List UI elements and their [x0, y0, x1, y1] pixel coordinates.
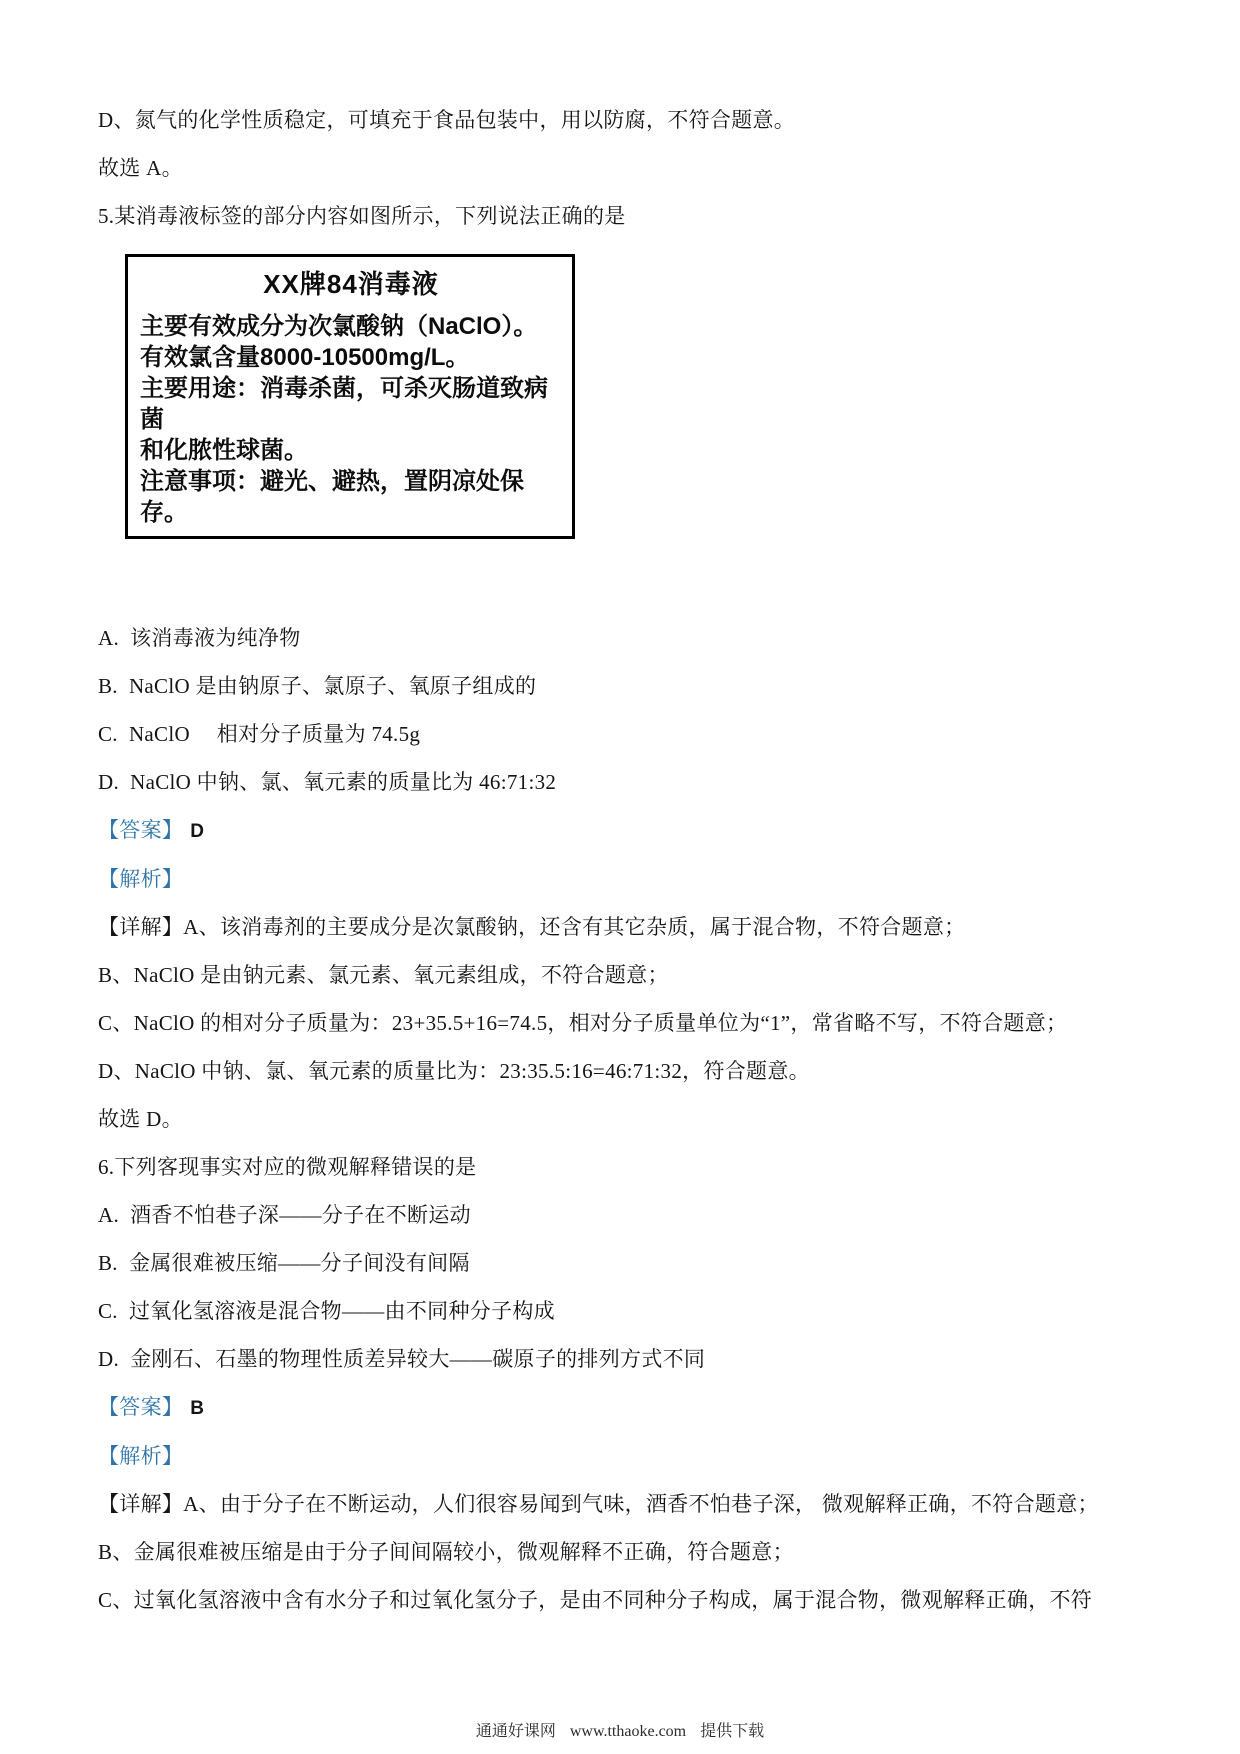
- analysis-tag: 【解析】: [98, 867, 183, 891]
- q5-detail-b: B、NaClO 是由钠元素、氯元素、氧元素组成，不符合题意；: [98, 964, 1154, 987]
- label-line-precautions: 注意事项：避光、避热，置阴凉处保存。: [140, 466, 562, 528]
- q6-analysis-line: 【解析】: [98, 1445, 1154, 1468]
- label-title: XX牌84消毒液: [140, 269, 562, 299]
- q5-option-a: A. 该消毒液为纯净物: [98, 627, 1154, 650]
- q5-option-b: B. NaClO 是由钠原子、氯原子、氧原子组成的: [98, 675, 1154, 698]
- q5-option-c: C. NaClO 相对分子质量为 74.5g: [98, 723, 1154, 746]
- q6-option-a: A. 酒香不怕巷子深——分子在不断运动: [98, 1204, 1154, 1227]
- q5-conclusion: 故选 D。: [98, 1108, 1154, 1131]
- q6-answer-value: B: [183, 1398, 204, 1419]
- q6-detail-b: B、金属很难被压缩是由于分子间间隔较小，微观解释不正确，符合题意；: [98, 1541, 1154, 1564]
- q5-detail-d: D、NaClO 中钠、氯、氧元素的质量比为：23:35.5:16=46:71:3…: [98, 1060, 1154, 1083]
- label-line-ingredient: 主要有效成分为次氯酸钠（NaClO）。: [140, 311, 562, 342]
- q6-answer-line: 【答案】B: [98, 1396, 1154, 1420]
- prev-question-detail-d: D、氮气的化学性质稳定，可填充于食品包装中，用以防腐，不符合题意。: [98, 109, 1154, 132]
- q5-answer-value: D: [183, 821, 204, 842]
- answer-tag: 【答案】: [98, 818, 183, 842]
- q5-detail-c: C、NaClO 的相对分子质量为：23+35.5+16=74.5，相对分子质量单…: [98, 1012, 1154, 1035]
- q6-detail-c: C、过氧化氢溶液中含有水分子和过氧化氢分子，是由不同种分子构成，属于混合物，微观…: [98, 1589, 1154, 1612]
- q6-stem: 6.下列客现事实对应的微观解释错误的是: [98, 1156, 1154, 1179]
- answer-tag: 【答案】: [98, 1395, 183, 1419]
- label-line-usage-cont: 和化脓性球菌。: [140, 435, 562, 466]
- q5-stem: 5.某消毒液标签的部分内容如图所示，下列说法正确的是: [98, 205, 1154, 228]
- q5-detail-a: 【详解】A、该消毒剂的主要成分是次氯酸钠，还含有其它杂质，属于混合物，不符合题意…: [98, 916, 1154, 939]
- q5-answer-line: 【答案】D: [98, 819, 1154, 843]
- document-page: D、氮气的化学性质稳定，可填充于食品包装中，用以防腐，不符合题意。 故选 A。 …: [0, 0, 1240, 1754]
- q6-option-b: B. 金属很难被压缩——分子间没有间隔: [98, 1252, 1154, 1275]
- label-line-chlorine-content: 有效氯含量8000-10500mg/L。: [140, 342, 562, 373]
- footer-site-name: 通通好课网: [469, 1723, 563, 1740]
- footer-site-url: www.tthaoke.com: [563, 1723, 693, 1740]
- prev-question-conclusion: 故选 A。: [98, 157, 1154, 180]
- q6-detail-a: 【详解】A、由于分子在不断运动，人们很容易闻到气味，酒香不怕巷子深， 微观解释正…: [98, 1493, 1154, 1516]
- page-footer: 通通好课网www.tthaoke.com提供下载: [0, 1722, 1240, 1742]
- q6-option-c: C. 过氧化氢溶液是混合物——由不同种分子构成: [98, 1300, 1154, 1323]
- q5-option-d: D. NaClO 中钠、氯、氧元素的质量比为 46:71:32: [98, 771, 1154, 794]
- analysis-tag: 【解析】: [98, 1444, 183, 1468]
- label-line-usage: 主要用途：消毒杀菌，可杀灭肠道致病菌: [140, 373, 562, 435]
- footer-download-note: 提供下载: [693, 1723, 771, 1740]
- disinfectant-label-figure: XX牌84消毒液 主要有效成分为次氯酸钠（NaClO）。 有效氯含量8000-1…: [125, 254, 575, 539]
- q6-option-d: D. 金刚石、石墨的物理性质差异较大——碳原子的排列方式不同: [98, 1348, 1154, 1371]
- q5-analysis-line: 【解析】: [98, 868, 1154, 891]
